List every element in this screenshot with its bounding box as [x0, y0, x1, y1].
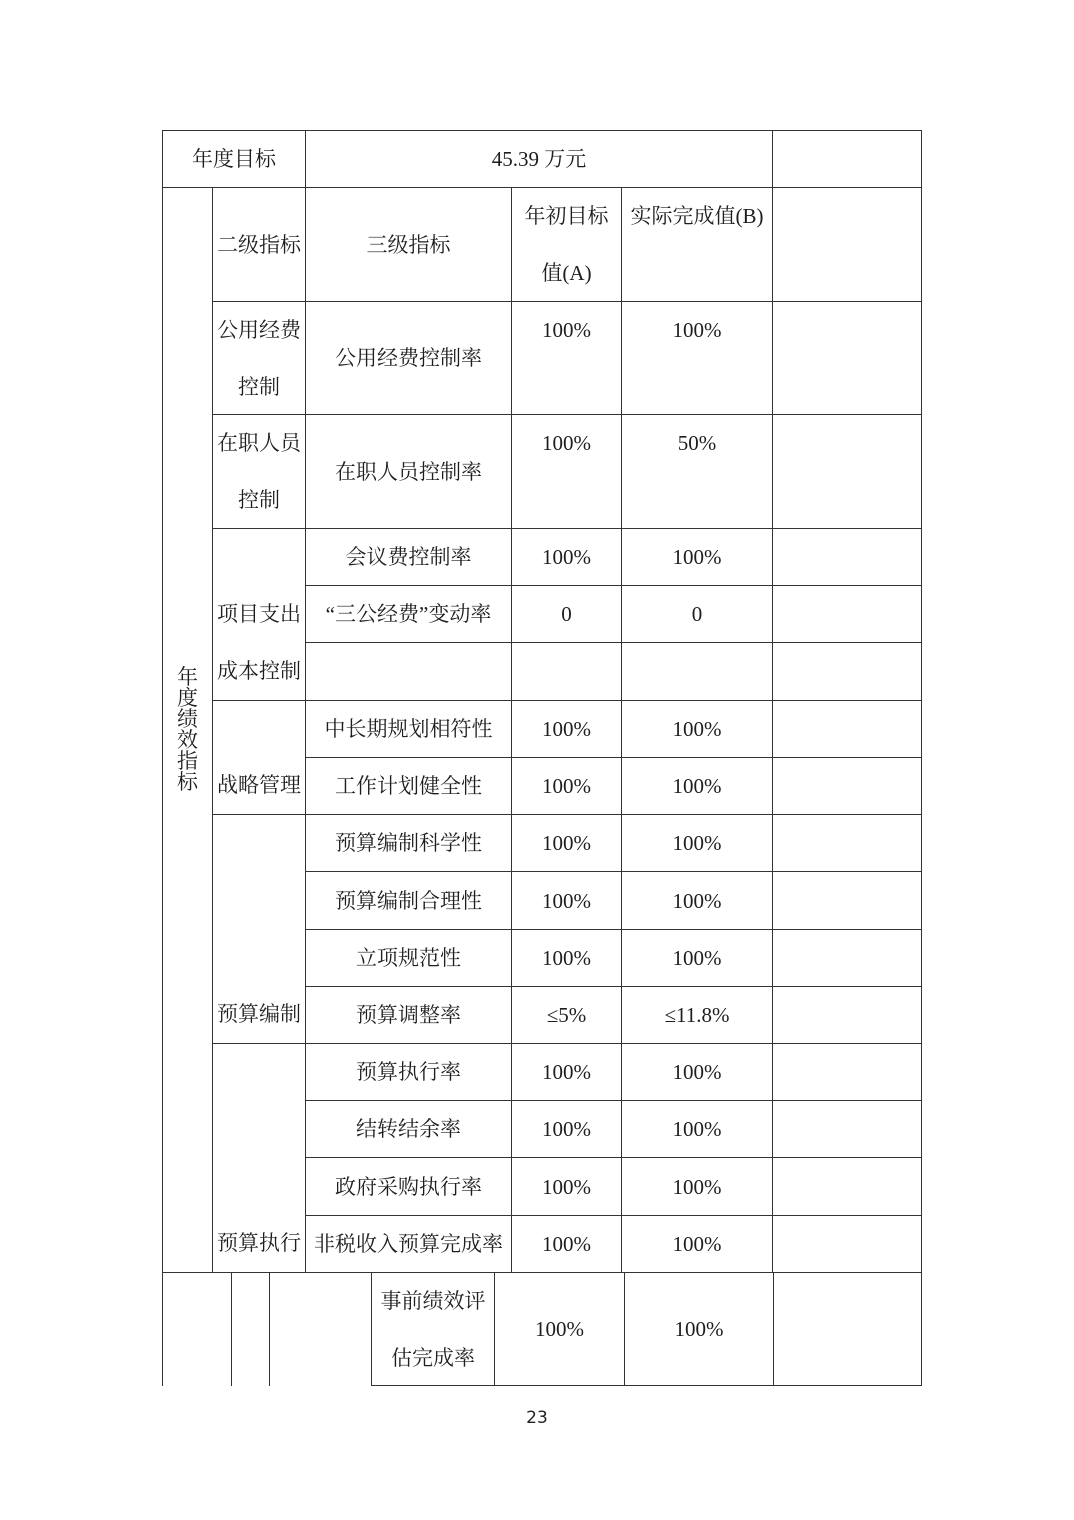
level3-cell: “三公经费”变动率 [305, 585, 512, 643]
extra-cell [772, 814, 922, 872]
extra-cell [772, 929, 922, 987]
level2-cell: 预算执行 [212, 1043, 306, 1273]
annual-goal-label: 年度目标 [162, 130, 306, 188]
level3-cell: 立项规范性 [305, 929, 512, 987]
indicator-group-label-text: 年度绩效指标 [177, 667, 199, 793]
target-cell: 100% [511, 871, 622, 930]
continuation-blank-cell [162, 1272, 232, 1386]
header-level3: 三级指标 [305, 187, 512, 302]
level3-cell: 会议费控制率 [305, 528, 512, 586]
actual-cell: 100% [621, 528, 773, 586]
level2-cell: 项目支出 成本控制 [212, 528, 306, 701]
target-cell: 100% [511, 1043, 622, 1101]
level3-cell: 预算执行率 [305, 1043, 512, 1101]
level3-cell: 预算调整率 [305, 986, 512, 1044]
level3-cell: 公用经费控制率 [305, 301, 512, 415]
actual-cell: 0 [621, 585, 773, 643]
level3-cell: 中长期规划相符性 [305, 700, 512, 758]
extra-cell [772, 986, 922, 1044]
level2-cell: 战略管理 [212, 700, 306, 815]
extra-cell [772, 871, 922, 930]
target-cell: 100% [511, 929, 622, 987]
level3-cell: 结转结余率 [305, 1100, 512, 1158]
actual-cell: 100% [621, 1100, 773, 1158]
annual-goal-value: 45.39 万元 [305, 130, 773, 188]
annual-goal-extra [772, 130, 922, 188]
actual-cell: 100% [621, 700, 773, 758]
actual-cell: 100% [621, 757, 773, 815]
continuation-actual-cell: 100% [624, 1272, 774, 1386]
level3-cell: 非税收入预算完成率 [305, 1215, 512, 1273]
level2-cell: 预算编制 [212, 814, 306, 1044]
target-cell: 100% [511, 1100, 622, 1158]
level2-cell: 公用经费 控制 [212, 301, 306, 415]
extra-cell [772, 1157, 922, 1216]
document-page: 年度目标 45.39 万元 年度绩效指标 二级指标 三级指标 年初目标 值(A)… [0, 0, 1074, 1520]
target-cell: 100% [511, 1215, 622, 1273]
header-target: 年初目标 值(A) [511, 187, 622, 302]
extra-cell [772, 1100, 922, 1158]
level3-cell: 工作计划健全性 [305, 757, 512, 815]
target-cell: 100% [511, 528, 622, 586]
actual-cell: 100% [621, 929, 773, 987]
extra-cell [772, 642, 922, 701]
header-extra [772, 187, 922, 302]
header-level2: 二级指标 [212, 187, 306, 302]
target-cell: 100% [511, 700, 622, 758]
actual-cell [621, 642, 773, 701]
target-cell [511, 642, 622, 701]
extra-cell [772, 414, 922, 529]
page-number: 23 [0, 1408, 1074, 1428]
target-cell: 100% [511, 757, 622, 815]
extra-cell [772, 301, 922, 415]
level3-cell: 在职人员控制率 [305, 414, 512, 529]
actual-cell: 50% [621, 414, 773, 529]
continuation-target-cell: 100% [494, 1272, 625, 1386]
actual-cell: 100% [621, 301, 773, 415]
continuation-extra-cell [773, 1272, 922, 1386]
continuation-level3-cell: 事前绩效评 估完成率 [371, 1272, 495, 1386]
level2-cell: 在职人员 控制 [212, 414, 306, 529]
actual-cell: 100% [621, 871, 773, 930]
extra-cell [772, 700, 922, 758]
target-cell: 100% [511, 1157, 622, 1216]
target-cell: 0 [511, 585, 622, 643]
extra-cell [772, 585, 922, 643]
extra-cell [772, 1215, 922, 1273]
header-actual: 实际完成值(B) [621, 187, 773, 302]
actual-cell: 100% [621, 814, 773, 872]
target-cell: ≤5% [511, 986, 622, 1044]
target-cell: 100% [511, 414, 622, 529]
actual-cell: 100% [621, 1157, 773, 1216]
continuation-blank-cell [269, 1272, 372, 1386]
indicator-group-label: 年度绩效指标 [162, 187, 213, 1273]
level3-cell: 政府采购执行率 [305, 1157, 512, 1216]
target-cell: 100% [511, 301, 622, 415]
continuation-blank-cell [231, 1272, 270, 1386]
level3-cell [305, 642, 512, 701]
target-cell: 100% [511, 814, 622, 872]
extra-cell [772, 757, 922, 815]
actual-cell: 100% [621, 1215, 773, 1273]
level3-cell: 预算编制合理性 [305, 871, 512, 930]
extra-cell [772, 528, 922, 586]
actual-cell: ≤11.8% [621, 986, 773, 1044]
extra-cell [772, 1043, 922, 1101]
level3-cell: 预算编制科学性 [305, 814, 512, 872]
actual-cell: 100% [621, 1043, 773, 1101]
